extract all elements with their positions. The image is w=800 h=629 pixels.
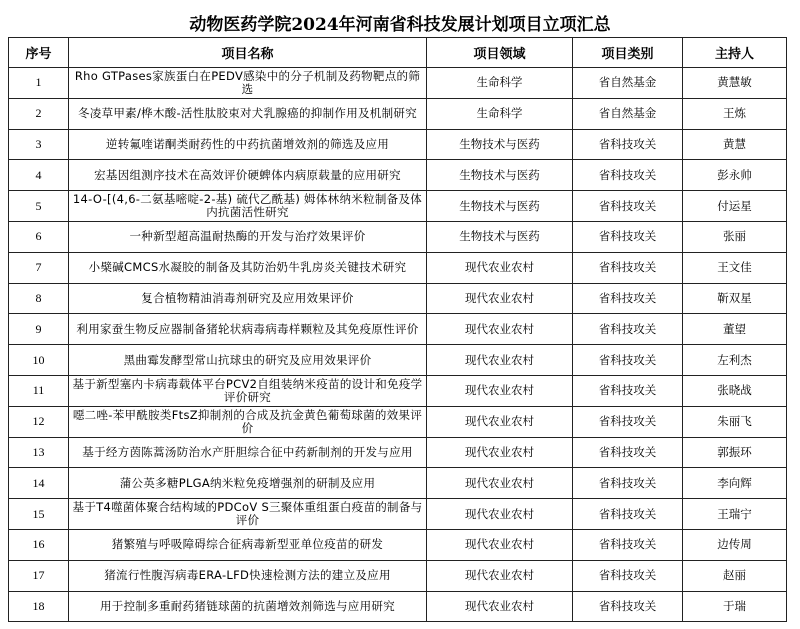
cell-leader: 黄慧 — [683, 129, 787, 160]
cell-field: 现代农业农村 — [427, 560, 573, 591]
header-category: 项目类别 — [573, 38, 683, 68]
table-row: 17猪流行性腹泻病毒ERA-LFD快速检测方法的建立及应用现代农业农村省科技攻关… — [9, 560, 787, 591]
cell-name: 基于T4噬菌体聚合结构域的PDCoV S三聚体重组蛋白疫苗的制备与评价 — [69, 499, 427, 530]
table-row: 15基于T4噬菌体聚合结构域的PDCoV S三聚体重组蛋白疫苗的制备与评价现代农… — [9, 499, 787, 530]
header-leader: 主持人 — [683, 38, 787, 68]
cell-category: 省科技攻关 — [573, 191, 683, 222]
cell-no: 18 — [9, 591, 69, 622]
cell-leader: 张丽 — [683, 221, 787, 252]
cell-name: 利用家蚕生物反应器制备猪轮状病毒病毒样颗粒及其免疫原性评价 — [69, 314, 427, 345]
cell-leader: 左利杰 — [683, 345, 787, 376]
table-row: 16猪繁殖与呼吸障碍综合征病毒新型亚单位疫苗的研发现代农业农村省科技攻关边传周 — [9, 529, 787, 560]
cell-leader: 朱丽飞 — [683, 406, 787, 437]
cell-category: 省科技攻关 — [573, 560, 683, 591]
cell-no: 17 — [9, 560, 69, 591]
cell-name: 一种新型超高温耐热酶的开发与治疗效果评价 — [69, 221, 427, 252]
cell-leader: 张晓战 — [683, 375, 787, 406]
cell-field: 现代农业农村 — [427, 345, 573, 376]
cell-category: 省自然基金 — [573, 98, 683, 129]
cell-field: 现代农业农村 — [427, 499, 573, 530]
cell-field: 生命科学 — [427, 68, 573, 99]
projects-table: 序号 项目名称 项目领域 项目类别 主持人 1Rho GTPases家族蛋白在P… — [8, 37, 787, 622]
cell-field: 现代农业农村 — [427, 314, 573, 345]
cell-category: 省科技攻关 — [573, 345, 683, 376]
cell-field: 生物技术与医药 — [427, 160, 573, 191]
cell-field: 现代农业农村 — [427, 375, 573, 406]
table-row: 6一种新型超高温耐热酶的开发与治疗效果评价生物技术与医药省科技攻关张丽 — [9, 221, 787, 252]
table-row: 12噁二唑-苯甲酰胺类FtsZ抑制剂的合成及抗金黄色葡萄球菌的效果评价现代农业农… — [9, 406, 787, 437]
cell-category: 省科技攻关 — [573, 283, 683, 314]
cell-leader: 王炼 — [683, 98, 787, 129]
cell-leader: 于瑞 — [683, 591, 787, 622]
cell-leader: 彭永帅 — [683, 160, 787, 191]
cell-field: 生物技术与医药 — [427, 191, 573, 222]
cell-name: 逆转氟喹诺酮类耐药性的中药抗菌增效剂的筛选及应用 — [69, 129, 427, 160]
cell-name: 冬凌草甲素/桦木酸-活性肽胶束对犬乳腺癌的抑制作用及机制研究 — [69, 98, 427, 129]
cell-leader: 郭振环 — [683, 437, 787, 468]
cell-field: 现代农业农村 — [427, 437, 573, 468]
cell-category: 省科技攻关 — [573, 437, 683, 468]
cell-field: 现代农业农村 — [427, 468, 573, 499]
table-row: 7小檗碱CMCS水凝胶的制备及其防治奶牛乳房炎关键技术研究现代农业农村省科技攻关… — [9, 252, 787, 283]
cell-name: 基于经方茵陈蒿汤防治水产肝胆综合征中药新制剂的开发与应用 — [69, 437, 427, 468]
cell-leader: 黄慧敏 — [683, 68, 787, 99]
cell-no: 1 — [9, 68, 69, 99]
cell-no: 8 — [9, 283, 69, 314]
table-row: 8复合植物精油消毒剂研究及应用效果评价现代农业农村省科技攻关靳双星 — [9, 283, 787, 314]
cell-leader: 李向辉 — [683, 468, 787, 499]
cell-leader: 王文佳 — [683, 252, 787, 283]
table-row: 14蒲公英多糖PLGA纳米粒免疫增强剂的研制及应用现代农业农村省科技攻关李向辉 — [9, 468, 787, 499]
page-title: 动物医药学院2024年河南省科技发展计划项目立项汇总 — [0, 10, 800, 35]
cell-no: 11 — [9, 375, 69, 406]
cell-no: 7 — [9, 252, 69, 283]
cell-name: 猪繁殖与呼吸障碍综合征病毒新型亚单位疫苗的研发 — [69, 529, 427, 560]
cell-no: 9 — [9, 314, 69, 345]
cell-category: 省科技攻关 — [573, 591, 683, 622]
cell-leader: 靳双星 — [683, 283, 787, 314]
cell-no: 16 — [9, 529, 69, 560]
cell-name: 噁二唑-苯甲酰胺类FtsZ抑制剂的合成及抗金黄色葡萄球菌的效果评价 — [69, 406, 427, 437]
cell-name: 14-O-[(4,6-二氨基嘧啶-2-基) 硫代乙酰基) 姆体林纳米粒制备及体内… — [69, 191, 427, 222]
cell-category: 省科技攻关 — [573, 375, 683, 406]
cell-field: 现代农业农村 — [427, 252, 573, 283]
cell-category: 省科技攻关 — [573, 468, 683, 499]
cell-no: 5 — [9, 191, 69, 222]
cell-field: 现代农业农村 — [427, 591, 573, 622]
cell-category: 省科技攻关 — [573, 406, 683, 437]
cell-field: 现代农业农村 — [427, 283, 573, 314]
cell-no: 6 — [9, 221, 69, 252]
table-row: 13基于经方茵陈蒿汤防治水产肝胆综合征中药新制剂的开发与应用现代农业农村省科技攻… — [9, 437, 787, 468]
cell-leader: 付运星 — [683, 191, 787, 222]
cell-no: 4 — [9, 160, 69, 191]
cell-name: 猪流行性腹泻病毒ERA-LFD快速检测方法的建立及应用 — [69, 560, 427, 591]
table-row: 9利用家蚕生物反应器制备猪轮状病毒病毒样颗粒及其免疫原性评价现代农业农村省科技攻… — [9, 314, 787, 345]
cell-name: Rho GTPases家族蛋白在PEDV感染中的分子机制及药物靶点的筛选 — [69, 68, 427, 99]
cell-no: 14 — [9, 468, 69, 499]
cell-name: 用于控制多重耐药猪链球菌的抗菌增效剂筛选与应用研究 — [69, 591, 427, 622]
cell-leader: 王瑞宁 — [683, 499, 787, 530]
table-row: 10黑曲霉发酵型常山抗球虫的研究及应用效果评价现代农业农村省科技攻关左利杰 — [9, 345, 787, 376]
cell-category: 省科技攻关 — [573, 499, 683, 530]
cell-no: 12 — [9, 406, 69, 437]
table-row: 2冬凌草甲素/桦木酸-活性肽胶束对犬乳腺癌的抑制作用及机制研究生命科学省自然基金… — [9, 98, 787, 129]
cell-category: 省科技攻关 — [573, 252, 683, 283]
header-no: 序号 — [9, 38, 69, 68]
cell-field: 现代农业农村 — [427, 529, 573, 560]
table-row: 18用于控制多重耐药猪链球菌的抗菌增效剂筛选与应用研究现代农业农村省科技攻关于瑞 — [9, 591, 787, 622]
cell-no: 2 — [9, 98, 69, 129]
table-row: 11基于新型塞内卡病毒载体平台PCV2自组装纳米疫苗的设计和免疫学评价研究现代农… — [9, 375, 787, 406]
table-row: 3逆转氟喹诺酮类耐药性的中药抗菌增效剂的筛选及应用生物技术与医药省科技攻关黄慧 — [9, 129, 787, 160]
table-row: 514-O-[(4,6-二氨基嘧啶-2-基) 硫代乙酰基) 姆体林纳米粒制备及体… — [9, 191, 787, 222]
cell-name: 复合植物精油消毒剂研究及应用效果评价 — [69, 283, 427, 314]
header-row: 序号 项目名称 项目领域 项目类别 主持人 — [9, 38, 787, 68]
cell-name: 黑曲霉发酵型常山抗球虫的研究及应用效果评价 — [69, 345, 427, 376]
cell-field: 现代农业农村 — [427, 406, 573, 437]
header-field: 项目领域 — [427, 38, 573, 68]
cell-name: 基于新型塞内卡病毒载体平台PCV2自组装纳米疫苗的设计和免疫学评价研究 — [69, 375, 427, 406]
cell-name: 蒲公英多糖PLGA纳米粒免疫增强剂的研制及应用 — [69, 468, 427, 499]
cell-leader: 边传周 — [683, 529, 787, 560]
cell-name: 小檗碱CMCS水凝胶的制备及其防治奶牛乳房炎关键技术研究 — [69, 252, 427, 283]
cell-category: 省科技攻关 — [573, 529, 683, 560]
cell-category: 省科技攻关 — [573, 129, 683, 160]
cell-category: 省科技攻关 — [573, 221, 683, 252]
header-name: 项目名称 — [69, 38, 427, 68]
cell-no: 3 — [9, 129, 69, 160]
cell-no: 10 — [9, 345, 69, 376]
cell-category: 省科技攻关 — [573, 160, 683, 191]
cell-field: 生物技术与医药 — [427, 221, 573, 252]
cell-field: 生物技术与医药 — [427, 129, 573, 160]
cell-leader: 赵丽 — [683, 560, 787, 591]
cell-category: 省自然基金 — [573, 68, 683, 99]
table-row: 1Rho GTPases家族蛋白在PEDV感染中的分子机制及药物靶点的筛选生命科… — [9, 68, 787, 99]
cell-category: 省科技攻关 — [573, 314, 683, 345]
cell-field: 生命科学 — [427, 98, 573, 129]
cell-no: 13 — [9, 437, 69, 468]
table-row: 4宏基因组测序技术在高效评价硬蜱体内病原载量的应用研究生物技术与医药省科技攻关彭… — [9, 160, 787, 191]
cell-no: 15 — [9, 499, 69, 530]
table-body: 1Rho GTPases家族蛋白在PEDV感染中的分子机制及药物靶点的筛选生命科… — [9, 68, 787, 622]
cell-leader: 董望 — [683, 314, 787, 345]
cell-name: 宏基因组测序技术在高效评价硬蜱体内病原载量的应用研究 — [69, 160, 427, 191]
